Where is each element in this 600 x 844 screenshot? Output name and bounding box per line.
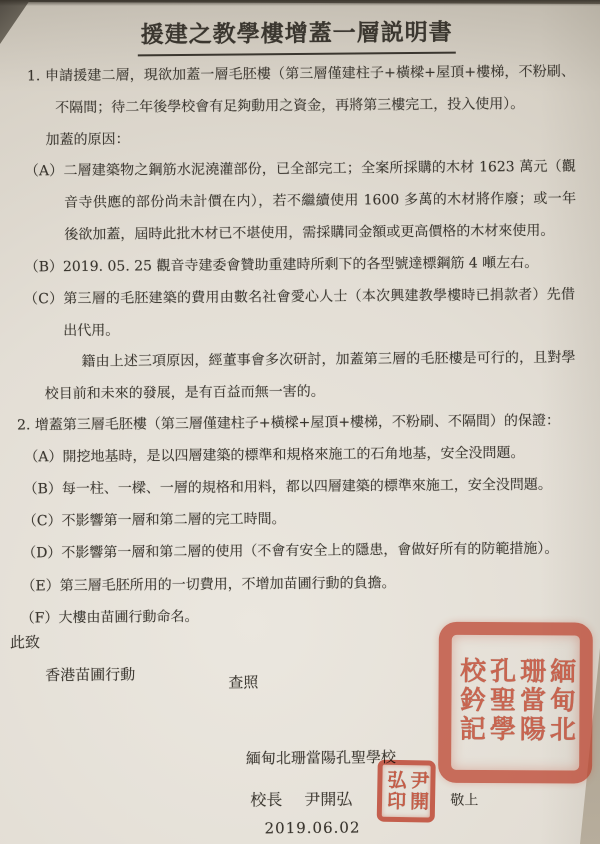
body-line: 不隔間；待二年後學校會有足夠動用之資金，再將第三樓完工，投入使用）。 [55, 94, 524, 118]
document-title: 援建之教學樓增蓋一層説明書 [137, 14, 455, 57]
principal-seal-stamp: 尹開弘印 [377, 760, 436, 823]
body-line: （B）每一柱、一樑、一層的規格和用料，都以四層建築的標準來施工，安全没問題。 [24, 475, 552, 500]
closing-salute: 此致 [10, 632, 40, 652]
principal-seal-text: 尹開弘印 [383, 770, 430, 813]
title-row: 援建之教學樓增蓋一層説明書 [0, 12, 597, 57]
principal-name: 尹開弘 [304, 790, 352, 809]
body-line: （A）開挖地基時，是以四層建築的標準和規格來施工的石角地基，安全没問題。 [24, 443, 524, 467]
signature-school: 緬甸北珊當陽孔聖學校 [246, 747, 396, 768]
signature-principal-row: 校長尹開弘 [250, 790, 352, 811]
closing-recipient: 香港苗圃行動 [45, 664, 135, 685]
signature-date: 2019.06.02 [264, 817, 360, 838]
school-seal-text: 緬甸北珊當陽孔聖學校鈐記 [455, 656, 575, 749]
body-line: 加蓋的原因： [45, 129, 129, 150]
closing-review: 查照 [228, 672, 258, 692]
body-line: （B）2019. 05. 25 觀音寺建委會贊助重建時所剩下的各型號達標鋼筋 4… [25, 253, 539, 277]
school-seal-stamp: 緬甸北珊當陽孔聖學校鈐記 [438, 622, 593, 784]
body-line: （C）不影響第一層和第二層的完工時間。 [23, 509, 286, 531]
body-line: （E）第三層毛胚所用的一切費用，不增加苗圃行動的負擔。 [21, 573, 395, 596]
body-line: 籍由上述三項原因，經董事會多次研討，加蓋第三層的毛胚樓是可行的，且對學 [81, 348, 575, 372]
body-line: 2. 增蓋第三層毛胚樓（第三層僅建柱子+橫樑+屋頂+樓梯，不粉刷、不隔間）的保證… [17, 411, 560, 436]
body-line: （C）第三層的毛胚建築的費用由數名社會愛心人士（本次興建教學樓時已捐款者）先借 [24, 285, 575, 310]
body-line: 校目前和未來的發展，是有百益而無一害的。 [45, 382, 325, 404]
body-line: 音寺供應的部份尚未計價在内），若不繼續使用 1600 多萬的木材將作廢；或一年 [64, 189, 576, 213]
body-line: （D）不影響第一層和第二層的使用（不會有安全上的隱患，會做好所有的防範措施）。 [22, 539, 558, 564]
body-line: （F）大樓由苗圃行動命名。 [21, 607, 199, 629]
document-content: 援建之教學樓增蓋一層説明書 1. 申請援建二層，現欲加蓋一層毛胚樓（第三層僅建柱… [0, 0, 600, 844]
document-photo: 援建之教學樓增蓋一層説明書 1. 申請援建二層，現欲加蓋一層毛胚樓（第三層僅建柱… [0, 0, 600, 844]
body-line: （A）二層建築物之鋼筋水泥澆灌部份，已全部完工；全案所採購的木材 1623 萬元… [25, 157, 576, 182]
principal-label: 校長 [250, 790, 282, 809]
body-line: 1. 申請援建二層，現欲加蓋一層毛胚樓（第三層僅建柱子+橫樑+屋頂+樓梯，不粉刷… [27, 62, 575, 87]
signature-respectfully: 敬上 [450, 790, 478, 810]
body-line: 後欲加蓋，屆時此批木材已不堪使用，需採購同金額或更高價格的木材來使用。 [64, 221, 554, 245]
body-line: 出代用。 [63, 321, 119, 341]
